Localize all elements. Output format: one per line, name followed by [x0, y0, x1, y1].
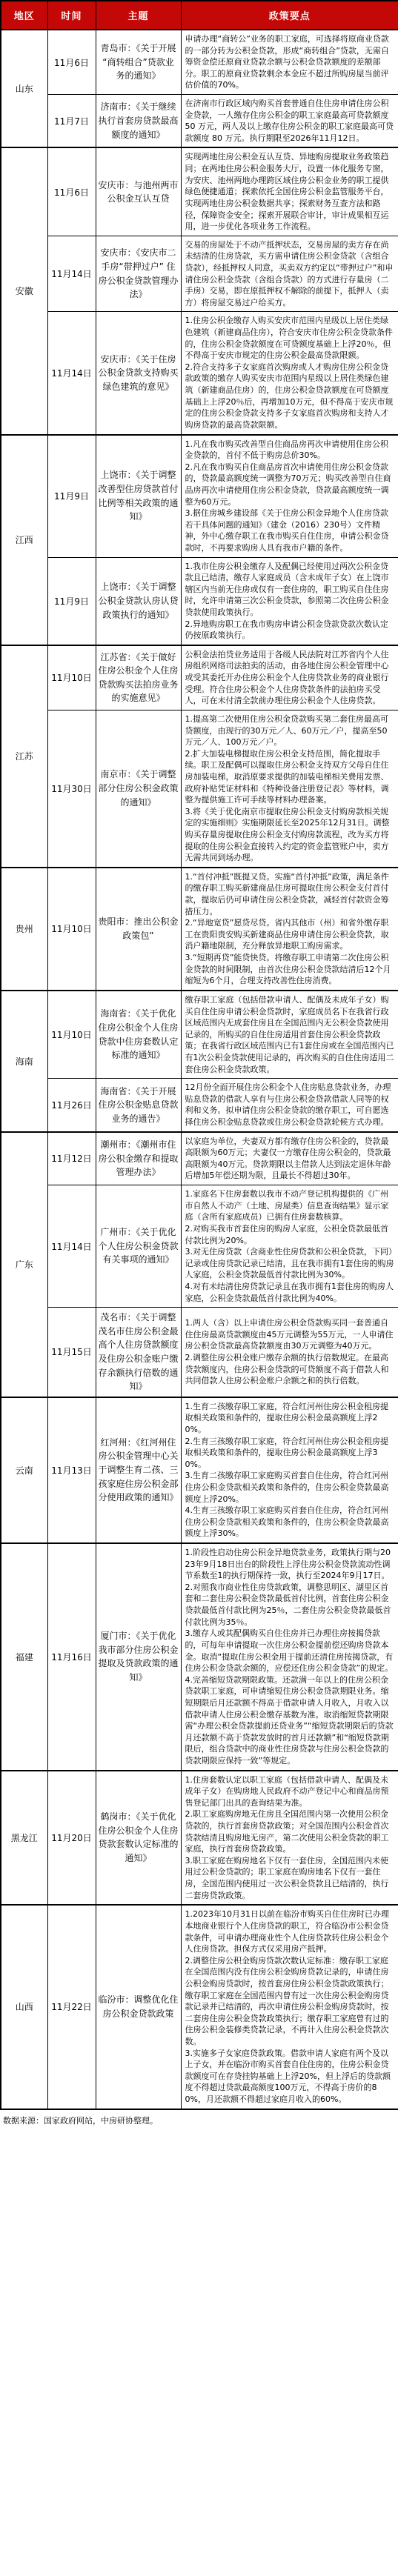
table-row: 广东11月12日潮州市：《潮州市住房公积金缴存和提取管理办法》以家庭为单位，夫妻…: [1, 1132, 398, 1185]
date-cell: 11月30日: [47, 710, 96, 867]
date-cell: 11月16日: [47, 1543, 96, 1771]
subject-cell: 临汾市：调整优化住房公积金贷款政策: [96, 1905, 181, 2109]
policy-cell: 1.住房套数认定以职工家庭（包括借款申请人、配偶及未成年子女）在购房地人民政府不…: [181, 1771, 398, 1906]
subject-cell: 安庆市：《安庆市二手房“带押过户” 住房公积金贷款管理办法》: [96, 236, 181, 312]
region-cell: 贵州: [1, 868, 47, 991]
policy-cell: 以家庭为单位，夫妻双方都有缴存住房公积金的，贷款最高限额为60万元；夫妻仅一方缴…: [181, 1132, 398, 1185]
policy-cell: 在济南市行政区域内购买首套普通自住住房申请住房公积金贷款，一人缴存住房公积金的职…: [181, 95, 398, 148]
table-row: 江苏11月10日江苏省：《关于做好住房公积金个人住房贷款购买法拍房业务的实施意见…: [1, 645, 398, 710]
subject-cell: 潮州市：《潮州市住房公积金缴存和提取管理办法》: [96, 1132, 181, 1185]
policy-cell: 1.家庭名下住房套数以我市不动产登记机构提供的《广州市自然人不动产（土地、房屋类…: [181, 1185, 398, 1308]
table-body: 山东11月6日青岛市：《关于开展 “商转组合”贷款业务的通知》申请办理“商转公”…: [1, 30, 398, 2109]
table-row: 福建11月16日厦门市：《关于优化我市部分住房公积金提取及贷款政策的通知》1.阶…: [1, 1543, 398, 1771]
region-cell: 福建: [1, 1543, 47, 1771]
header-cell-subject: 主题: [96, 1, 181, 30]
subject-cell: 济南市：《关于继续执行首套房贷款最高额度的通知》: [96, 95, 181, 148]
date-cell: 11月12日: [47, 1132, 96, 1185]
date-cell: 11月6日: [47, 30, 96, 95]
table-row: 11月14日广州市：《关于优化个人住房公积金贷款有关事项的通知》1.家庭名下住房…: [1, 1185, 398, 1308]
subject-cell: 茂名市：《关于调整茂名市住房公积金最高个人住房贷款额度及住房公积金账户缴存余额执…: [96, 1308, 181, 1397]
date-cell: 11月22日: [47, 1905, 96, 2109]
policy-cell: 交易的房屋处于不动产抵押状态，交易房屋的卖方存在尚未结清的住房贷款，买方需申请住…: [181, 236, 398, 312]
subject-cell: 江苏省：《关于做好住房公积金个人住房贷款购买法拍房业务的实施意见》: [96, 645, 181, 710]
policy-cell: 1.凡在我市购买改善型自住商品房再次申请使用住房公积金贷款的，首付不低于购房总价…: [181, 435, 398, 558]
table-row: 江西11月9日上饶市：《关于调整改善型住房贷款首付比例等相关政策的通知》1.凡在…: [1, 435, 398, 558]
date-cell: 11月20日: [47, 1771, 96, 1906]
table-row: 山西11月22日临汾市：调整优化住房公积金贷款政策1.2023年10月31日以前…: [1, 1905, 398, 2109]
date-cell: 11月10日: [47, 645, 96, 710]
table-row: 11月9日上饶市：《关于调整公积金贷款认房认贷政策执行的通知》1.我市住房公积金…: [1, 557, 398, 645]
policy-cell: 12月份全面开展住房公积金个人住房贴息贷款业务，办理贴息贷款的借款人享有与住房公…: [181, 1079, 398, 1132]
table-row: 山东11月6日青岛市：《关于开展 “商转组合”贷款业务的通知》申请办理“商转公”…: [1, 30, 398, 95]
policy-cell: 申请办理“商转公”业务的职工家庭，可选择将原商业贷款的一部分转为公积金贷款，形成…: [181, 30, 398, 95]
subject-cell: 上饶市：《关于调整改善型住房贷款首付比例等相关政策的通知》: [96, 435, 181, 558]
policy-cell: 1.两人（含）以上申请住房公积金贷款购买同一套普通自住住房最高贷款额度由45万元…: [181, 1308, 398, 1397]
policy-cell: 1.阶段性启动住房公积金异地贷款业务，政策执行期与2023年9月18日出台的阶段…: [181, 1543, 398, 1771]
region-cell: 安徽: [1, 147, 47, 434]
region-cell: 云南: [1, 1397, 47, 1543]
subject-cell: 鹤岗市：《关于优化住房公积金个人住房贷款套数认定标准的通知》: [96, 1771, 181, 1906]
date-cell: 11月14日: [47, 1185, 96, 1308]
date-cell: 11月15日: [47, 1308, 96, 1397]
date-cell: 11月13日: [47, 1397, 96, 1543]
table-row: 11月30日南京市：《关于调整部分住房公积金政策的通知》1.提高第二次使用住房公…: [1, 710, 398, 867]
table-row: 云南11月13日红河州：《红河州住房公积金管理中心关于调整生育二孩、三孩家庭住房…: [1, 1397, 398, 1543]
subject-cell: 海南省：《关于开展住房公积金贴息贷款业务的通告》: [96, 1079, 181, 1132]
date-cell: 11月26日: [47, 1079, 96, 1132]
date-cell: 11月6日: [47, 147, 96, 236]
table-row: 11月14日安庆市：《安庆市二手房“带押过户” 住房公积金贷款管理办法》交易的房…: [1, 236, 398, 312]
table-row: 黑龙江11月20日鹤岗市：《关于优化住房公积金个人住房贷款套数认定标准的通知》1…: [1, 1771, 398, 1906]
policy-cell: 1.“首付冲抵”既提又贷。实施“首付冲抵”政策，满足条件的缴存职工购买新建商品住…: [181, 868, 398, 991]
subject-cell: 上饶市：《关于调整公积金贷款认房认贷政策执行的通知》: [96, 557, 181, 645]
region-cell: 江西: [1, 435, 47, 645]
table-row: 安徽11月6日安庆市：与池州两市公积金互认互贷实现两地住房公积金互认互贷、异地购…: [1, 147, 398, 236]
subject-cell: 贵阳市：推出公积金政策包”: [96, 868, 181, 991]
policy-table: 地区 时间 主题 政策要点 山东11月6日青岛市：《关于开展 “商转组合”贷款业…: [0, 0, 398, 2110]
table-row: 11月7日济南市：《关于继续执行首套房贷款最高额度的通知》在济南市行政区域内购买…: [1, 95, 398, 148]
policy-cell: 1.生育二孩缴存职工家庭，符合红河州住房公积金租房提取相关政策和条件的，提取住房…: [181, 1397, 398, 1543]
subject-cell: 安庆市：《关于住房公积金贷款支持购买绿色建筑的意见》: [96, 312, 181, 435]
table-row: 11月26日海南省：《关于开展住房公积金贴息贷款业务的通告》12月份全面开展住房…: [1, 1079, 398, 1132]
table-row: 11月14日安庆市：《关于住房公积金贷款支持购买绿色建筑的意见》1.住房公积金缴…: [1, 312, 398, 435]
date-cell: 11月14日: [47, 236, 96, 312]
header-cell-date: 时间: [47, 1, 96, 30]
table-row: 贵州11月10日贵阳市：推出公积金政策包”1.“首付冲抵”既提又贷。实施“首付冲…: [1, 868, 398, 991]
policy-cell: 1.我市住房公积金缴存人及配偶已经使用过两次公积金贷款且已结清，缴存人家庭成员（…: [181, 557, 398, 645]
table-row: 11月15日茂名市：《关于调整茂名市住房公积金最高个人住房贷款额度及住房公积金账…: [1, 1308, 398, 1397]
subject-cell: 南京市：《关于调整部分住房公积金政策的通知》: [96, 710, 181, 867]
region-cell: 江苏: [1, 645, 47, 868]
policy-cell: 公积金法拍贷业务适用于各级人民法院对江苏省内个人住房组织网络司法拍卖的活动，由各…: [181, 645, 398, 710]
date-cell: 11月10日: [47, 868, 96, 991]
date-cell: 11月9日: [47, 557, 96, 645]
region-cell: 黑龙江: [1, 1771, 47, 1906]
source-note: 数据来源：国家政府网站，中房研协整理。: [0, 2110, 398, 2137]
policy-cell: 1.提高第二次使用住房公积金贷款购买第二套住房最高可贷额度，由现行的30万元／人…: [181, 710, 398, 867]
subject-cell: 红河州：《红河州住房公积金管理中心关于调整生育二孩、三孩家庭住房公积金部分使用政…: [96, 1397, 181, 1543]
date-cell: 11月7日: [47, 95, 96, 148]
date-cell: 11月14日: [47, 312, 96, 435]
region-cell: 海南: [1, 991, 47, 1132]
date-cell: 11月10日: [47, 991, 96, 1079]
subject-cell: 青岛市：《关于开展 “商转组合”贷款业务的通知》: [96, 30, 181, 95]
date-cell: 11月9日: [47, 435, 96, 558]
subject-cell: 广州市：《关于优化个人住房公积金贷款有关事项的通知》: [96, 1185, 181, 1308]
table-row: 海南11月10日海南省：《关于优化住房公积金个人住房贷款中住房套数认定标准的通知…: [1, 991, 398, 1079]
region-cell: 广东: [1, 1132, 47, 1397]
policy-cell: 实现两地住房公积金互认互贷、异地购房提取业务政策趋同；在两地住房公积金服务大厅，…: [181, 147, 398, 236]
header-row: 地区 时间 主题 政策要点: [1, 1, 398, 30]
subject-cell: 海南省：《关于优化住房公积金个人住房贷款中住房套数认定标准的通知》: [96, 991, 181, 1079]
header-cell-policy: 政策要点: [181, 1, 398, 30]
header-cell-region: 地区: [1, 1, 47, 30]
region-cell: 山东: [1, 30, 47, 147]
subject-cell: 安庆市：与池州两市公积金互认互贷: [96, 147, 181, 236]
policy-cell: 1.2023年10月31日以前在临汾市购买自住住房时已办理本地商业银行个人住房贷…: [181, 1905, 398, 2109]
policy-cell: 缴存职工家庭（包括借款申请人、配偶及未成年子女）购买自住住房申请公积金贷款时，家…: [181, 991, 398, 1079]
policy-cell: 1.住房公积金缴存人购买安庆市范围内星级以上居住类绿色建筑（新建商品住房），符合…: [181, 312, 398, 435]
subject-cell: 厦门市：《关于优化我市部分住房公积金提取及贷款政策的通知》: [96, 1543, 181, 1771]
region-cell: 山西: [1, 1905, 47, 2109]
